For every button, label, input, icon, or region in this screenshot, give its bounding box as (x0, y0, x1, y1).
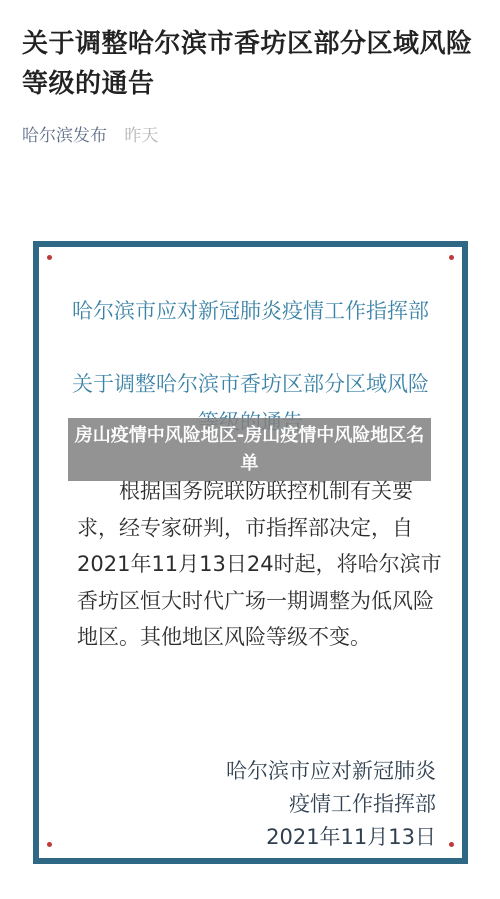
corner-dot-icon (449, 255, 454, 260)
notice-body: 根据国务院联防联控机制有关要求，经专家研判，市指挥部决定，自2021年11月13… (77, 473, 442, 656)
article-meta: 哈尔滨发布 昨天 (22, 124, 158, 148)
corner-dot-icon (449, 842, 454, 847)
corner-dot-icon (47, 842, 52, 847)
author-link[interactable]: 哈尔滨发布 (22, 126, 107, 146)
notice-issuer-heading: 哈尔滨市应对新冠肺炎疫情工作指挥部 (39, 293, 462, 329)
signature-date: 2021年11月13日 (226, 821, 436, 854)
article-title: 关于调整哈尔滨市香坊区部分区域风险等级的通告 (22, 24, 482, 104)
notice-image[interactable]: 哈尔滨市应对新冠肺炎疫情工作指挥部 关于调整哈尔滨市香坊区部分区域风险等级的通告… (33, 241, 468, 864)
signature-org-line1: 哈尔滨市应对新冠肺炎 (226, 755, 436, 788)
corner-dot-icon (47, 255, 52, 260)
notice-signature: 哈尔滨市应对新冠肺炎 疫情工作指挥部 2021年11月13日 (226, 755, 436, 854)
publish-time: 昨天 (124, 126, 158, 146)
caption-overlay: 房山疫情中风险地区-房山疫情中风险地区名单 (68, 418, 431, 481)
signature-org-line2: 疫情工作指挥部 (226, 788, 436, 821)
